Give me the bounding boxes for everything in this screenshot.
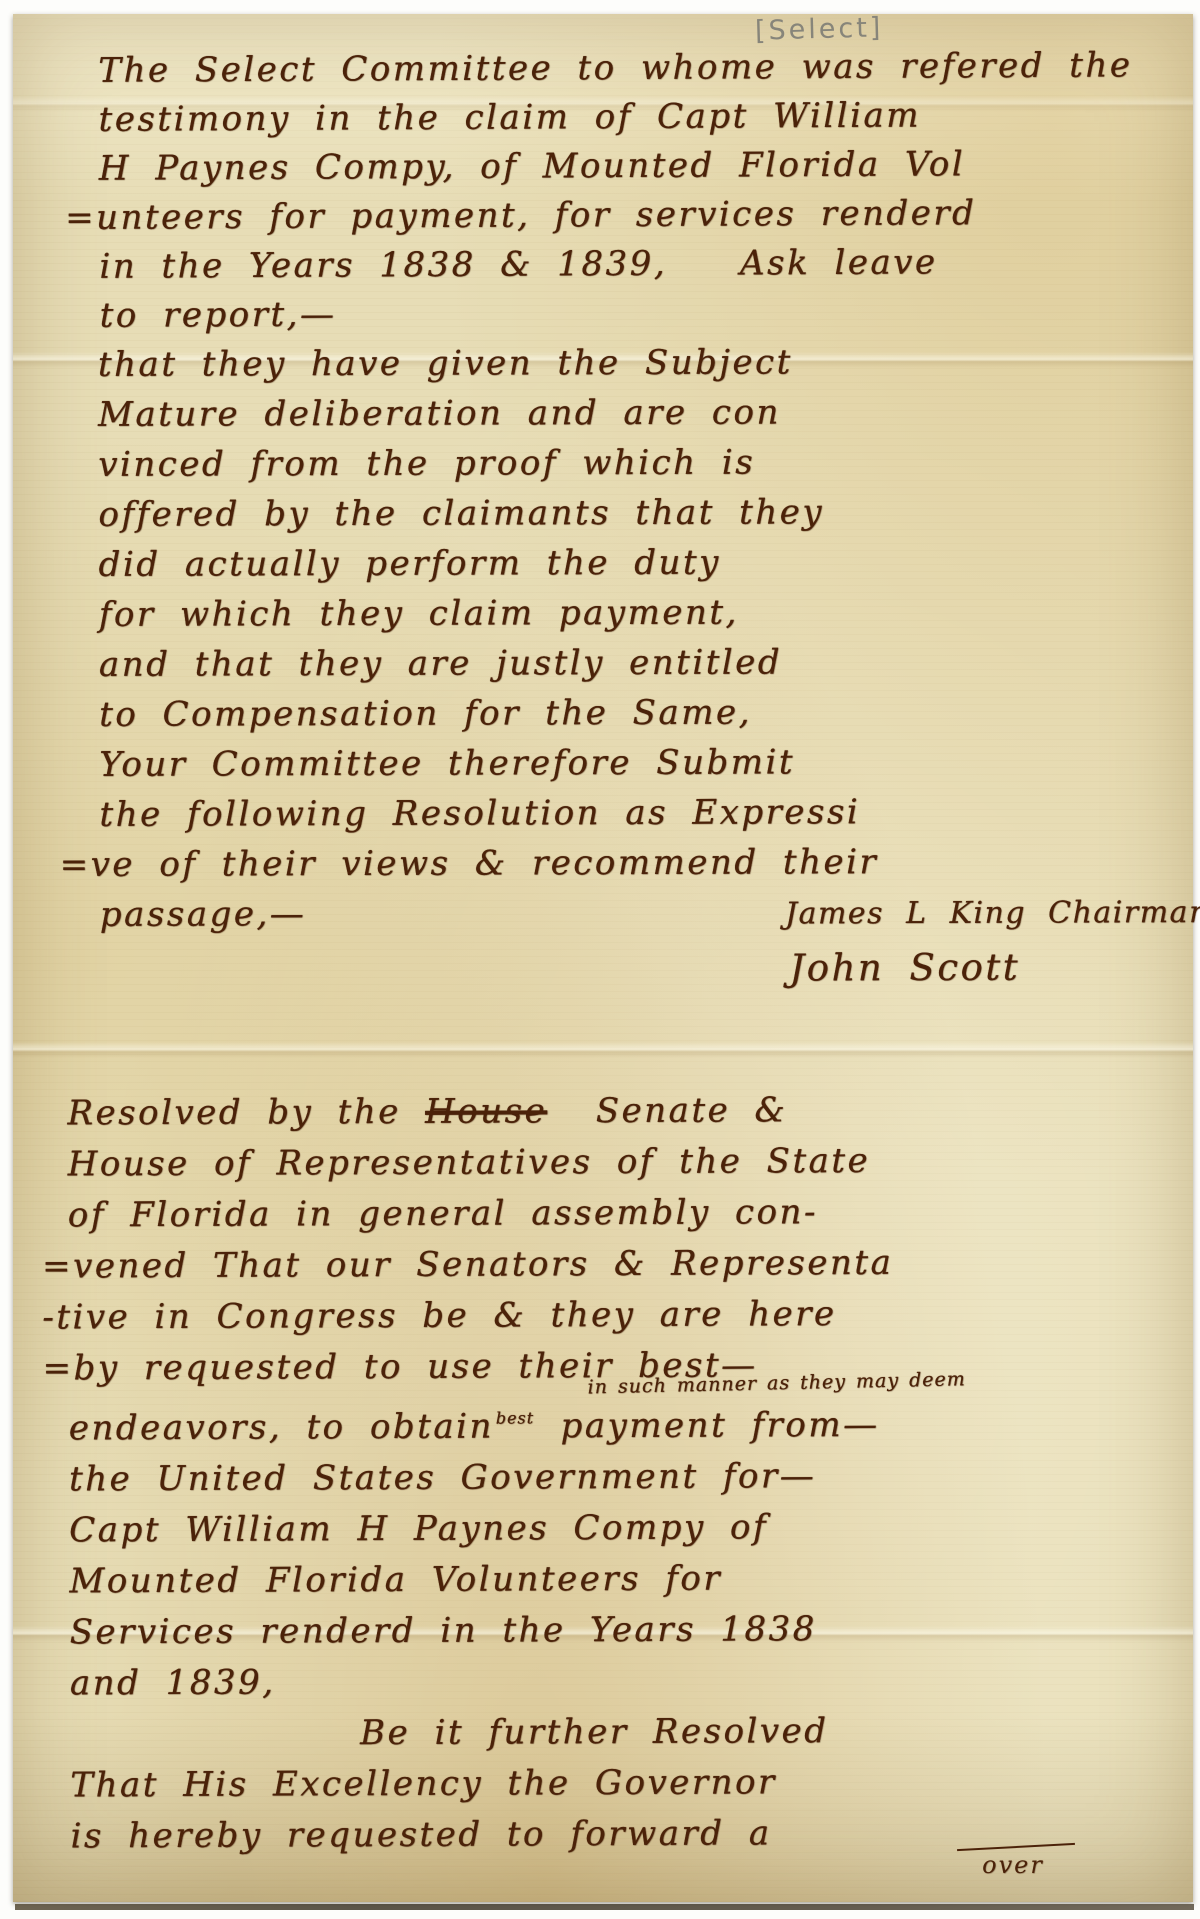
handwritten-line: H Paynes Compy, of Mounted Florida Vol xyxy=(99,139,1200,194)
handwritten-line: Capt William H Paynes Compy of xyxy=(69,1500,1200,1556)
signature-chairman: James L King Chairman xyxy=(785,888,1200,939)
paper-sheet: [Select] The Select Committee to whome w… xyxy=(13,14,1193,1902)
handwriting-layer: [Select] The Select Committee to whome w… xyxy=(13,14,1193,1902)
handwritten-line: -tive in Congress be & they are here xyxy=(42,1287,1200,1343)
handwritten-line: to report,— xyxy=(100,286,1200,341)
superscript-insertion: best xyxy=(496,1408,534,1427)
handwritten-line: House of Representatives of the State xyxy=(68,1134,1200,1190)
handwritten-line: of Florida in general assembly con- xyxy=(68,1185,1200,1241)
handwritten-line: and 1839, xyxy=(70,1653,1200,1709)
opening-paragraph: The Select Committee to whome was refere… xyxy=(62,41,1200,341)
handwritten-line: offered by the claimants that they xyxy=(98,486,1200,540)
pencil-annotation: [Select] xyxy=(755,12,884,46)
signature-john-scott: John Scott xyxy=(100,943,1020,996)
handwritten-line: Resolved by the House Senate & xyxy=(67,1083,1200,1139)
handwritten-line: Services renderd in the Years 1838 xyxy=(70,1602,1200,1658)
handwritten-line: Your Committee therefore Submit xyxy=(99,736,1200,790)
resolution-paragraph: Resolved by the House Senate &House of R… xyxy=(41,1083,1200,1862)
handwritten-line: and that they are justly entitled xyxy=(99,636,1200,690)
handwritten-line: in the Years 1838 & 1839, Ask leave xyxy=(99,237,1200,292)
handwritten-line: Be it further Resolved xyxy=(360,1704,1200,1759)
handwritten-line: =ve of their views & recommend their xyxy=(60,836,1200,890)
handwritten-line: Mature deliberation and are con xyxy=(98,386,1200,440)
over-note-label: over xyxy=(982,1851,1044,1879)
handwritten-line: that they have given the Subject xyxy=(98,336,1200,390)
handwritten-line: The Select Committee to whome was refere… xyxy=(98,41,1200,96)
handwritten-line: the following Resolution as Expressi xyxy=(99,786,1200,840)
handwritten-line: did actually perform the duty xyxy=(99,536,1200,590)
scanned-document: [Select] The Select Committee to whome w… xyxy=(0,0,1200,1919)
passage-and-chairman-line: passage,—James L King Chairman xyxy=(100,886,1200,942)
handwritten-line: for which they claim payment, xyxy=(99,586,1200,640)
handwritten-line: to Compensation for the Same, xyxy=(99,686,1200,740)
handwritten-line: Mounted Florida Volunteers for xyxy=(69,1551,1200,1607)
handwritten-line: That His Excellency the Governor xyxy=(70,1755,1200,1811)
handwritten-line: the United States Government for— xyxy=(69,1449,1200,1505)
handwritten-line: testimony in the claim of Capt William xyxy=(98,90,1200,145)
findings-paragraph: that they have given the SubjectMature d… xyxy=(52,336,1200,996)
struck-word: House xyxy=(425,1091,547,1132)
handwritten-line: vinced from the proof which is xyxy=(98,436,1200,490)
handwritten-line: endeavors, to obtainbest payment from— xyxy=(69,1389,1200,1454)
handwritten-line: =vened That our Senators & Representa xyxy=(42,1236,1200,1292)
over-note: over xyxy=(951,1846,1075,1879)
handwritten-line: =unteers for payment, for services rende… xyxy=(65,188,1200,243)
